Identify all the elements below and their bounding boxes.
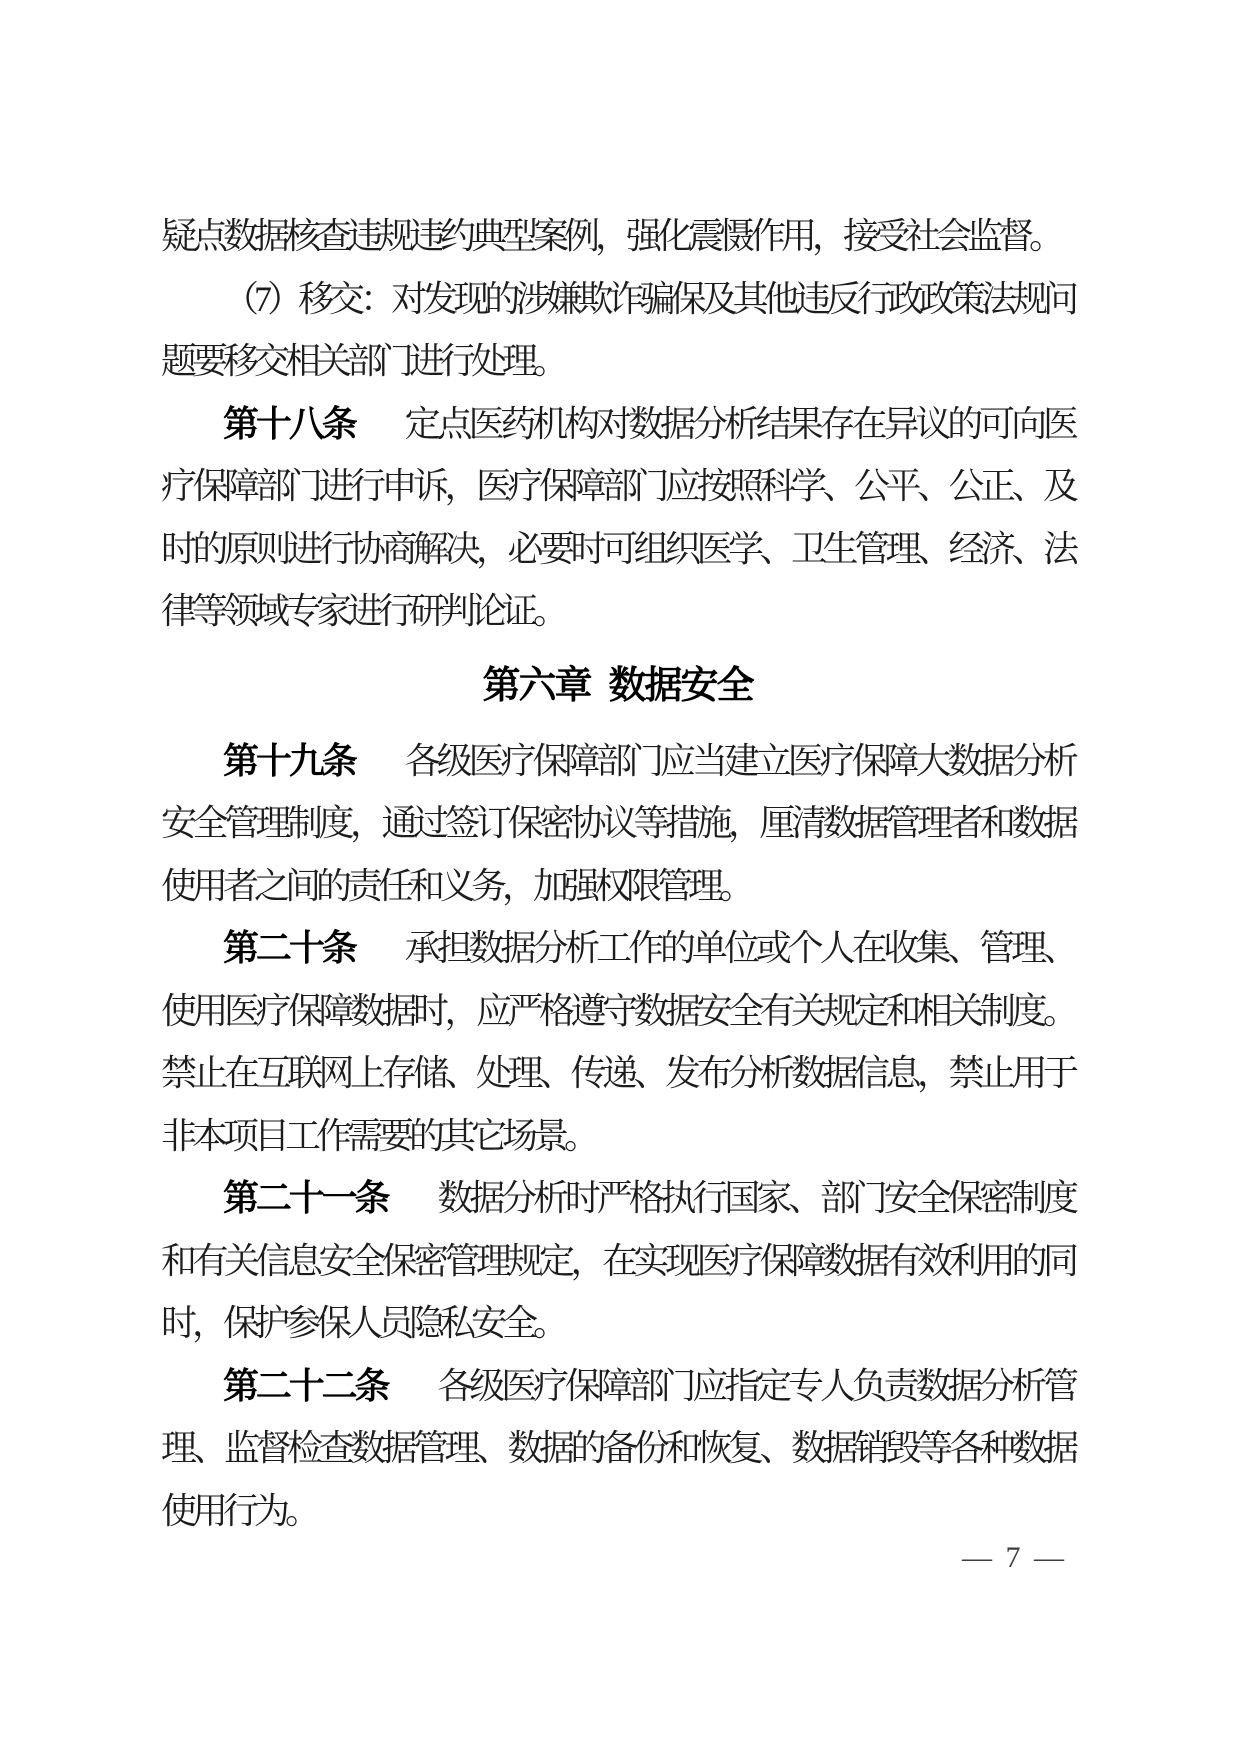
paragraph-article-19: 第十九条各级医疗保障部门应当建立医疗保障大数据分析安全管理制度，通过签订保密协议… bbox=[161, 730, 1074, 918]
chapter-6-heading: 第六章数据安全 bbox=[161, 655, 1074, 718]
paragraph-article-22: 第二十二条各级医疗保障部门应指定专人负责数据分析管理、监督检查数据管理、数据的备… bbox=[161, 1355, 1074, 1543]
paragraph-article-18: 第十八条定点医药机构对数据分析结果存在异议的可向医疗保障部门进行申诉，医疗保障部… bbox=[161, 393, 1074, 643]
article-20-number: 第二十条 bbox=[223, 927, 355, 968]
paragraph-item-7: （7）移交：对发现的涉嫌欺诈骗保及其他违反行政政策法规问题要移交相关部门进行处理… bbox=[161, 268, 1074, 393]
article-21-number: 第二十一条 bbox=[223, 1177, 387, 1218]
page-number: — 7 — bbox=[962, 1538, 1067, 1578]
article-19-number: 第十九条 bbox=[223, 740, 355, 781]
paragraph-continuation: 疑点数据核查违规违约典型案例，强化震慑作用，接受社会监督。 bbox=[161, 205, 1074, 268]
paragraph-article-20: 第二十条承担数据分析工作的单位或个人在收集、管理、使用医疗保障数据时，应严格遵守… bbox=[161, 917, 1074, 1167]
document-page: 疑点数据核查违规违约典型案例，强化震慑作用，接受社会监督。 （7）移交：对发现的… bbox=[0, 0, 1237, 1749]
paragraph-article-21: 第二十一条数据分析时严格执行国家、部门安全保密制度和有关信息安全保密管理规定，在… bbox=[161, 1167, 1074, 1355]
document-text-block: 疑点数据核查违规违约典型案例，强化震慑作用，接受社会监督。 （7）移交：对发现的… bbox=[161, 205, 1074, 1542]
chapter-6-title: 数据安全 bbox=[609, 665, 753, 707]
article-22-number: 第二十二条 bbox=[223, 1365, 387, 1406]
article-18-number: 第十八条 bbox=[223, 403, 355, 444]
chapter-6-number: 第六章 bbox=[482, 665, 590, 707]
